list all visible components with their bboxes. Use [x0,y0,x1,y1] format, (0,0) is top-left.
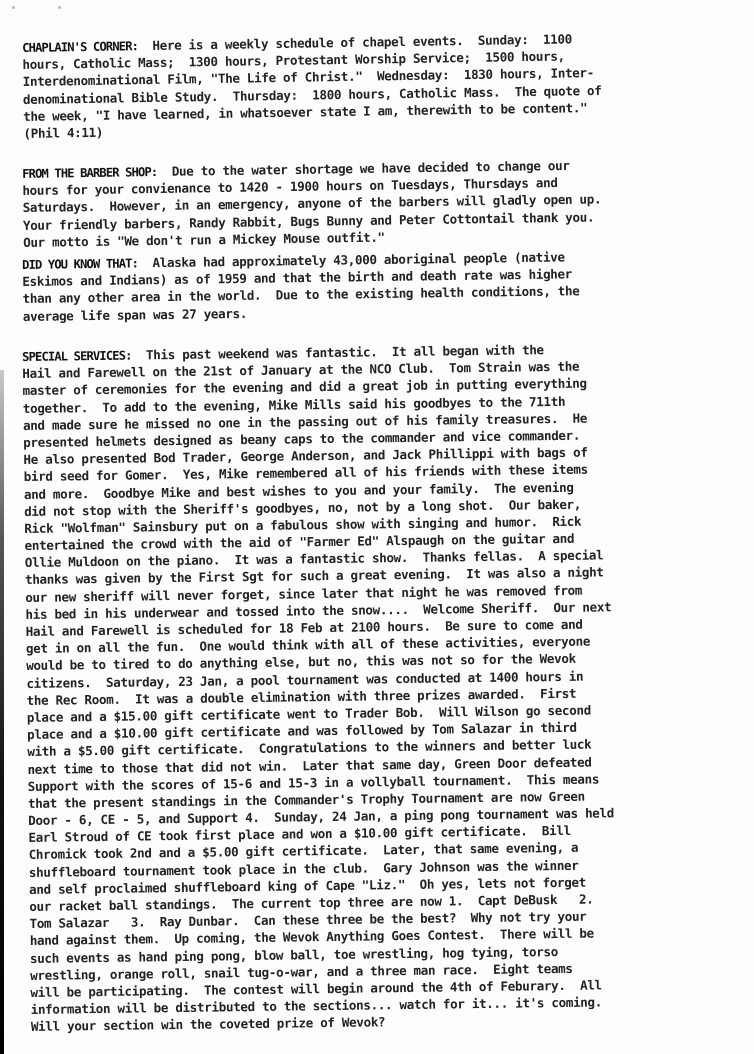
section-special-services: SPECIAL SERVICES: This past weekend was … [22,339,731,1036]
scan-edge-shadow [0,370,4,1054]
section-heading: FROM THE BARBER SHOP: [22,165,157,181]
section-chaplains-corner: CHAPLAIN'S CORNER: Here is a weekly sche… [22,28,724,142]
scan-speck [12,6,15,9]
section-did-you-know: DID YOU KNOW THAT: Alaska had approximat… [22,246,723,325]
section-heading: SPECIAL SERVICES: [22,349,132,364]
section-heading: DID YOU KNOW THAT: [22,256,138,272]
scan-speck [58,6,61,9]
section-heading: CHAPLAIN'S CORNER: [22,39,138,55]
scanned-page: CHAPLAIN'S CORNER: Here is a weekly sche… [0,0,754,1054]
section-barber-shop: FROM THE BARBER SHOP: Due to the water s… [22,155,723,251]
